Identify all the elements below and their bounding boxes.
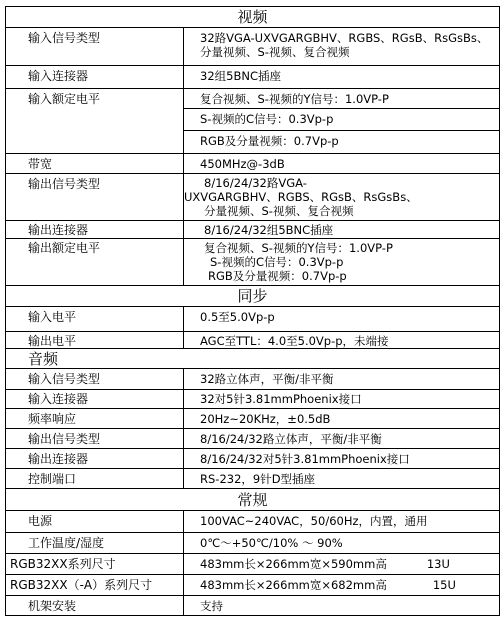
row-label: 输出连接器 [6, 221, 184, 238]
table-row: 输入连接器 32组5BNC插座 [6, 66, 499, 89]
table-row: 机架安装 支持 [6, 596, 499, 616]
row-value: 32组5BNC插座 [184, 66, 499, 88]
value-line: 32路VGA-UXVGARGBHV、RGBS、RGsB、RsGsBs、 [200, 31, 499, 45]
table-row: 输入信号类型 32路立体声，平衡/非平衡 [6, 369, 499, 390]
row-value: 450MHz@-3dB [184, 154, 499, 173]
section-header-general: 常规 [6, 489, 499, 511]
table-row: 输出连接器 8/16/24/32组5BNC插座 [6, 221, 499, 239]
table-row: 输出电平 AGC至TTL：4.0至5.0Vp-p，未端接 [6, 332, 499, 349]
row-label: 输入连接器 [6, 66, 184, 88]
table-row: 输入连接器 32对5针3.81mmPhoenix接口 [6, 390, 499, 409]
row-value: 0.5至5.0Vp-p [184, 307, 499, 331]
row-value: 复合视频、S-视频的Y信号：1.0VP-P S-视频的C信号：0.3Vp-p R… [184, 239, 499, 285]
value-line: 8/16/24/32路VGA- [204, 176, 499, 190]
value-line: 分量视频、S-视频、复合视频 [200, 45, 499, 59]
rack-units: 15U [433, 578, 456, 592]
table-row: 输入信号类型 32路VGA-UXVGARGBHV、RGBS、RGsB、RsGsB… [6, 28, 499, 66]
value-line: 分量视频、S-视频、复合视频 [204, 204, 499, 218]
row-label: 输入电平 [6, 307, 184, 331]
row-label: 输出信号类型 [6, 174, 184, 220]
row-value: 32对5针3.81mmPhoenix接口 [184, 390, 499, 408]
row-value-group: 复合视频、S-视频的Y信号：1.0VP-P S-视频的C信号：0.3Vp-p R… [184, 89, 499, 153]
row-value: 8/16/24/32对5针3.81mmPhoenix接口 [184, 449, 499, 468]
row-value: 32路立体声，平衡/非平衡 [184, 369, 499, 389]
dimensions-text: 483mm长×266mm宽×590mm高 [200, 557, 387, 571]
dimensions-text: 483mm长×266mm宽×682mm高 [200, 578, 387, 592]
row-label: 机架安装 [6, 596, 184, 615]
row-label: 输入信号类型 [6, 369, 184, 389]
row-value: 8/16/24/32组5BNC插座 [184, 221, 499, 238]
row-value: 0℃～+50℃/10% ～ 90% [184, 533, 499, 553]
value-line: S-视频的C信号：0.3Vp-p [210, 255, 499, 269]
row-value: 483mm长×266mm宽×682mm高15U [184, 575, 499, 595]
section-header-video: 视频 [6, 7, 499, 28]
row-label: RGB32XX（-A）系列尺寸 [6, 575, 184, 595]
row-label: 输出额定电平 [6, 239, 184, 285]
rack-units: 13U [427, 557, 450, 571]
row-label: 输出信号类型 [6, 429, 184, 448]
row-label: 频率响应 [6, 409, 184, 428]
row-value: 483mm长×266mm宽×590mm高13U [184, 554, 499, 574]
row-value: 8/16/24/32路VGA- UXVGARGBHV、RGBS、RGsB、RsG… [184, 174, 499, 220]
table-row: 带宽 450MHz@-3dB [6, 154, 499, 174]
table-row: 输出信号类型 8/16/24/32路立体声，平衡/非平衡 [6, 429, 499, 449]
row-label: 输入连接器 [6, 390, 184, 408]
section-header-audio: 音频 [6, 349, 499, 369]
row-label: 输入额定电平 [6, 89, 184, 153]
row-label: 工作温度/湿度 [6, 533, 184, 553]
row-label: RGB32XX系列尺寸 [6, 554, 184, 574]
row-label: 控制端口 [6, 469, 184, 488]
table-row: RGB32XX（-A）系列尺寸 483mm长×266mm宽×682mm高15U [6, 575, 499, 596]
table-row: RGB32XX系列尺寸 483mm长×266mm宽×590mm高13U [6, 554, 499, 575]
row-label: 输出连接器 [6, 449, 184, 468]
section-title: 同步 [237, 288, 267, 304]
table-row: 频率响应 20Hz~20KHz，±0.5dB [6, 409, 499, 429]
value-line: 复合视频、S-视频的Y信号：1.0VP-P [204, 241, 499, 255]
value-line: S-视频的C信号：0.3Vp-p [184, 109, 499, 131]
section-title: 常规 [237, 492, 267, 508]
row-label: 输入信号类型 [6, 28, 184, 65]
table-row: 控制端口 RS-232，9针D型插座 [6, 469, 499, 489]
spec-table: 视频 输入信号类型 32路VGA-UXVGARGBHV、RGBS、RGsB、Rs… [5, 6, 500, 616]
value-line: UXVGARGBHV、RGBS、RGsB、RsGsBs、 [184, 190, 499, 204]
row-value: 100VAC~240VAC，50/60Hz，内置，通用 [184, 511, 499, 532]
table-row: 输出信号类型 8/16/24/32路VGA- UXVGARGBHV、RGBS、R… [6, 174, 499, 221]
table-row: 输出额定电平 复合视频、S-视频的Y信号：1.0VP-P S-视频的C信号：0.… [6, 239, 499, 286]
table-row: 输出连接器 8/16/24/32对5针3.81mmPhoenix接口 [6, 449, 499, 469]
row-label: 带宽 [6, 154, 184, 173]
table-row: 输入额定电平 复合视频、S-视频的Y信号：1.0VP-P S-视频的C信号：0.… [6, 89, 499, 154]
value-line: 复合视频、S-视频的Y信号：1.0VP-P [184, 89, 499, 109]
row-value: RS-232，9针D型插座 [184, 469, 499, 488]
value-line: RGB及分量视频：0.7Vp-p [208, 269, 499, 283]
table-row: 输入电平 0.5至5.0Vp-p [6, 307, 499, 332]
row-label: 电源 [6, 511, 184, 532]
value-line: RGB及分量视频：0.7Vp-p [184, 131, 499, 152]
row-label: 输出电平 [6, 332, 184, 348]
section-title: 视频 [237, 9, 267, 25]
section-header-sync: 同步 [6, 286, 499, 307]
row-value: AGC至TTL：4.0至5.0Vp-p，未端接 [184, 332, 499, 348]
section-title: 音频 [28, 351, 58, 367]
row-value: 32路VGA-UXVGARGBHV、RGBS、RGsB、RsGsBs、 分量视频… [184, 28, 499, 65]
table-row: 电源 100VAC~240VAC，50/60Hz，内置，通用 [6, 511, 499, 533]
row-value: 8/16/24/32路立体声，平衡/非平衡 [184, 429, 499, 448]
row-value: 支持 [184, 596, 499, 615]
table-row: 工作温度/湿度 0℃～+50℃/10% ～ 90% [6, 533, 499, 554]
row-value: 20Hz~20KHz，±0.5dB [184, 409, 499, 428]
